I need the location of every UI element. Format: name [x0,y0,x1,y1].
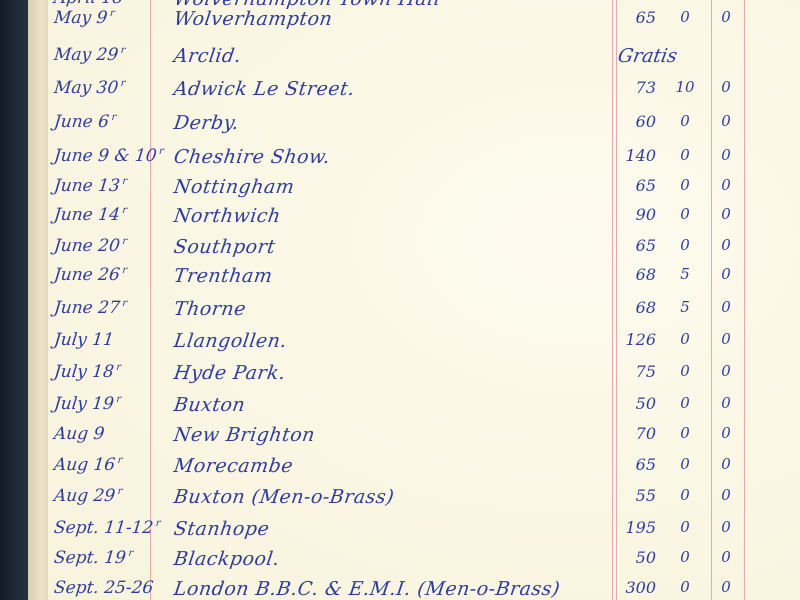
entry-pence: 0 [712,8,740,26]
page-edge [28,0,49,600]
date-ordinal-mark: r [158,146,164,157]
entry-pence: 0 [712,394,740,412]
entry-date-text: May 30 [53,78,119,98]
entry-pence: 0 [712,455,740,473]
entry-date: June 13r [53,176,155,196]
entry-pence: 0 [712,362,740,380]
entry-date: June 27r [53,298,155,318]
entry-venue: Hyde Park. [172,362,287,384]
entry-pence: 0 [712,578,740,596]
book-binding [0,0,30,600]
ledger-row: June 26rTrentham6850 [48,265,800,295]
ledger-row: July 18rHyde Park.7500 [48,362,800,392]
entry-shillings: 0 [671,394,699,412]
entry-date: June 9 & 10r [53,146,155,166]
entry-date: July 11 [53,330,155,350]
entry-venue: Adwick Le Street. [172,78,356,100]
entry-pounds: 65 [612,176,656,195]
entry-shillings: 0 [671,112,699,130]
entry-venue: Buxton [172,394,246,416]
date-ordinal-mark: r [128,548,134,559]
entry-venue: Llangollen. [172,330,288,352]
entry-date-text: June 20 [53,236,121,256]
entry-shillings: 0 [671,236,699,254]
entry-pounds: 65 [612,455,656,474]
date-ordinal-mark: r [116,362,122,373]
entry-pounds: 195 [612,518,656,537]
ledger-row: June 9 & 10rCheshire Show.14000 [48,146,800,176]
entry-shillings: 10 [671,78,699,96]
entry-shillings: 0 [671,486,699,504]
entry-venue: Cheshire Show. [172,146,331,168]
entry-date: Aug 16r [53,455,155,475]
entry-venue: Buxton (Men-o-Brass) [172,486,395,508]
date-ordinal-mark: r [116,394,122,405]
entry-date: Sept. 25-26 [53,578,155,598]
date-ordinal-mark: r [155,518,161,529]
entry-shillings: 5 [671,265,699,283]
entry-pounds: 140 [612,146,656,165]
entry-venue: Morecambe [172,455,294,477]
entry-venue: Wolverhampton [172,8,333,30]
ledger-row: June 27rThorne6850 [48,298,800,328]
entry-pounds: 65 [612,8,656,27]
entry-fee-gratis: Gratis [616,45,679,67]
ledger-row: Sept. 19rBlackpool.5000 [48,548,800,578]
entry-pence: 0 [712,205,740,223]
entry-pence: 0 [712,146,740,164]
entry-date: July 19r [53,394,155,414]
entry-date: May 29r [53,45,155,65]
date-ordinal-mark: r [117,486,123,497]
entry-pounds: 300 [612,578,656,597]
entry-pounds: 50 [612,548,656,567]
entry-pounds: 75 [612,362,656,381]
entry-date-text: June 9 & 10 [53,146,158,166]
entry-pence: 0 [712,112,740,130]
entry-date: May 30r [53,78,155,98]
entry-venue: Stanhope [172,518,270,540]
entry-date-text: June 26 [53,265,121,285]
entry-date-text: Sept. 19 [53,548,127,568]
ledger-row: Sept. 11-12rStanhope19500 [48,518,800,548]
entry-date-text: Aug 16 [53,455,116,475]
date-ordinal-mark: r [109,8,115,19]
entry-date-text: Aug 9 [53,424,105,444]
ledger-row: May 9rWolverhampton6500 [48,8,800,38]
ledger-row: May 29rArclid.Gratis [48,45,800,75]
entry-venue: Nottingham [172,176,295,198]
entry-venue: Southport [172,236,276,258]
entry-date-text: April 18 [53,0,124,8]
entry-venue: Thorne [172,298,247,320]
entry-pence: 0 [712,78,740,96]
entry-venue: New Brighton [172,424,316,446]
entry-shillings: 0 [671,455,699,473]
entry-date-text: June 6 [53,112,110,132]
entry-pence: 0 [712,518,740,536]
entry-pounds: 70 [612,424,656,443]
entry-date-text: July 18 [53,362,115,382]
date-ordinal-mark: r [122,236,128,247]
entry-shillings: 0 [671,205,699,223]
entry-date-text: May 29 [53,45,119,65]
entry-pounds: 126 [612,330,656,349]
entry-date: Sept. 11-12r [53,518,155,538]
ledger-row: Aug 16rMorecambe6500 [48,455,800,485]
entry-shillings: 0 [671,146,699,164]
entry-date: June 14r [53,205,155,225]
ledger-row: July 19rBuxton5000 [48,394,800,424]
entry-pence: 0 [712,298,740,316]
entry-venue: Arclid. [172,45,242,67]
ledger-row: June 13rNottingham6500 [48,176,800,206]
entry-pence: 0 [712,548,740,566]
entry-shillings: 0 [671,518,699,536]
ledger-row: June 14rNorthwich9000 [48,205,800,235]
entry-shillings: 0 [671,424,699,442]
entry-shillings: 0 [671,330,699,348]
entry-pence: 0 [712,486,740,504]
entry-shillings: 0 [671,8,699,26]
entry-shillings: 5 [671,298,699,316]
entry-pence: 0 [712,265,740,283]
entry-date: July 18r [53,362,155,382]
ledger-row: May 30rAdwick Le Street.73100 [48,78,800,108]
entry-venue: Trentham [172,265,274,287]
date-ordinal-mark: r [117,455,123,466]
ledger-row: June 6rDerby.6000 [48,112,800,142]
entry-venue: Derby. [172,112,240,134]
entry-date: Aug 29r [53,486,155,506]
ledger-row: June 20rSouthport6500 [48,236,800,266]
entry-shillings: 0 [671,362,699,380]
entry-date: Aug 9 [53,424,155,444]
entry-pence: 0 [712,176,740,194]
date-ordinal-mark: r [122,176,128,187]
entry-pounds: 50 [612,394,656,413]
date-ordinal-mark: r [120,78,126,89]
entry-date: June 26r [53,265,155,285]
entry-date-text: May 9 [53,8,108,28]
date-ordinal-mark: r [111,112,117,123]
entry-pounds: 90 [612,205,656,224]
entry-date-text: July 11 [53,330,115,350]
ledger-row: July 11Llangollen.12600 [48,330,800,360]
entry-pence: 0 [712,236,740,254]
entry-pence: 0 [712,424,740,442]
entry-pounds: 68 [612,298,656,317]
entry-venue: Northwich [172,205,282,227]
entry-pounds: 73 [612,78,656,97]
entry-venue: London B.B.C. & E.M.I. (Men-o-Brass) [172,578,561,600]
entry-date-text: Sept. 11-12 [53,518,154,538]
ledger-row: Sept. 25-26London B.B.C. & E.M.I. (Men-o… [48,578,800,600]
entry-date-text: June 27 [53,298,121,318]
entry-date-text: June 13 [53,176,121,196]
entry-pounds: 68 [612,265,656,284]
entry-date: Sept. 19r [53,548,155,568]
entry-date-text: June 14 [53,205,121,225]
date-ordinal-mark: r [122,205,128,216]
entry-shillings: 0 [671,578,699,596]
entry-date: May 9r [53,8,155,28]
date-ordinal-mark: r [122,265,128,276]
entry-shillings: 0 [671,548,699,566]
entry-date-text: Sept. 25-26 [53,578,154,598]
entry-pence: 0 [712,330,740,348]
entry-pounds: 60 [612,112,656,131]
ledger-row: Aug 29rBuxton (Men-o-Brass)5500 [48,486,800,516]
date-ordinal-mark: r [120,45,126,56]
entry-date-text: July 19 [53,394,115,414]
date-ordinal-mark: r [122,298,128,309]
entry-shillings: 0 [671,176,699,194]
entry-pounds: 65 [612,236,656,255]
entry-date: April 18 [53,0,155,8]
entry-date: June 20r [53,236,155,256]
entry-pounds: 55 [612,486,656,505]
entry-venue: Blackpool. [172,548,281,570]
entry-date: June 6r [53,112,155,132]
ledger-row: Aug 9New Brighton7000 [48,424,800,454]
entry-date-text: Aug 29 [53,486,116,506]
